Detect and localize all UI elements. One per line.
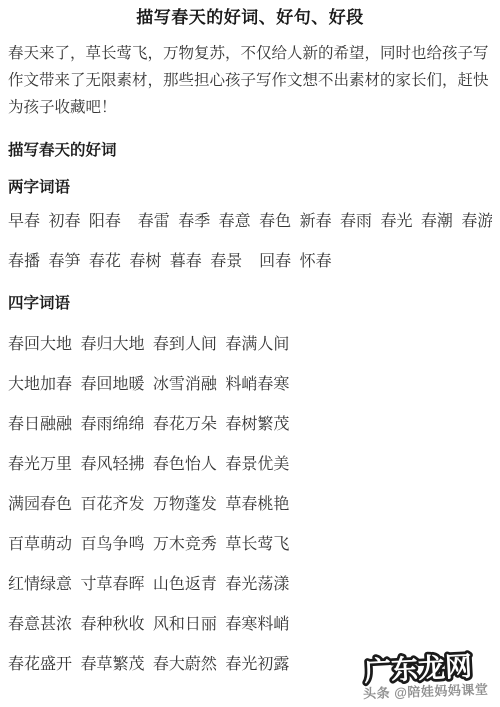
- intro-paragraph: 春天来了，草长莺飞，万物复苏，不仅给人新的希望，同时也给孩子写 作文带来了无限素…: [8, 40, 492, 121]
- two-char-word-list: 早春 初春 阳春 春雷 春季 春意 春色 新春 春雨 春光 春潮 春游 春播 春…: [8, 202, 492, 282]
- intro-line: 作文带来了无限素材，那些担心孩子写作文想不出素材的家长们，赶快: [8, 67, 492, 94]
- intro-line: 春天来了，草长莺飞，万物复苏，不仅给人新的希望，同时也给孩子写: [8, 40, 492, 67]
- word-row-four-char: 春意甚浓 春种秋收 风和日丽 春寒料峭: [8, 605, 492, 645]
- word-row-four-char: 春日融融 春雨绵绵 春花万朵 春树繁茂: [8, 405, 492, 445]
- four-char-word-list: 春回大地 春归大地 春到人间 春满人间 大地加春 春回地暖 冰雪消融 料峭春寒 …: [8, 325, 492, 685]
- word-row-four-char: 春光万里 春风轻拂 春色怡人 春景优美: [8, 445, 492, 485]
- word-row-four-char: 满园春色 百花齐发 万物蓬发 草春桃艳: [8, 485, 492, 525]
- word-row-four-char: 大地加春 春回地暖 冰雪消融 料峭春寒: [8, 365, 492, 405]
- page-title: 描写春天的好词、好句、好段: [8, 0, 492, 29]
- word-row-two-char: 早春 初春 阳春 春雷 春季 春意 春色 新春 春雨 春光 春潮 春游: [8, 202, 492, 242]
- word-row-two-char: 春播 春笋 春花 春树 暮春 春景 回春 怀春: [8, 242, 492, 282]
- subsection-heading-two-char: 两字词语: [8, 178, 492, 198]
- subsection-heading-four-char: 四字词语: [8, 294, 492, 314]
- document-page: 描写春天的好词、好句、好段 春天来了，草长莺飞，万物复苏，不仅给人新的希望，同时…: [0, 0, 500, 685]
- section-heading-good-words: 描写春天的好词: [8, 141, 492, 161]
- word-row-four-char: 红情绿意 寸草春晖 山色返青 春光荡漾: [8, 565, 492, 605]
- intro-line: 为孩子收藏吧！: [8, 94, 492, 121]
- word-row-four-char: 百草萌动 百鸟争鸣 万木竞秀 草长莺飞: [8, 525, 492, 565]
- word-row-four-char: 春回大地 春归大地 春到人间 春满人间: [8, 325, 492, 365]
- word-row-four-char: 春花盛开 春草繁茂 春大蔚然 春光初露: [8, 645, 492, 685]
